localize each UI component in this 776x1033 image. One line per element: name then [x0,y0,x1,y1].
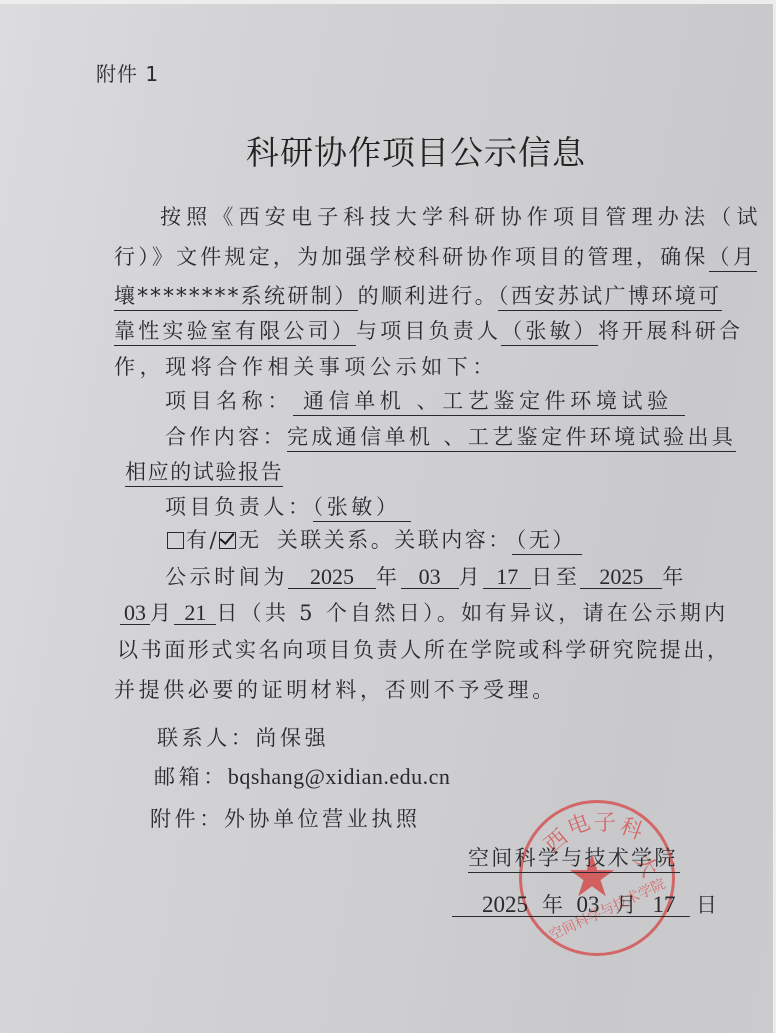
signature-year-unit: 年 [528,895,562,917]
publicity-suffix: 日（共 5 个自然日）。如有异议，请在公示期内 [216,601,728,625]
publicity-line-3: 以书面形式实名向项目负责人所在学院或科学研究院提出， [117,640,731,661]
end-year: 2025 [580,566,662,589]
partner-company-part1: （西安苏试广博环境可 [498,284,722,311]
start-year: 2025 [288,566,376,589]
relation-text: 关联关系。关联内容： [277,528,512,552]
signature-month-unit: 月 [614,895,638,917]
start-month: 03 [401,566,459,589]
signature-year: 2025 [452,893,528,917]
publicity-period-row-2: 03月21日（共 5 个自然日）。如有异议，请在公示期内 [120,602,728,625]
partner-company-part2: 靠性实验室有限公司） [114,319,356,346]
project-leader-value: （张敏） [313,495,411,522]
page-title: 科研协作项目公示信息 [246,136,586,169]
checkbox-no-checked[interactable] [219,532,236,549]
year-unit: 年 [376,565,401,589]
paragraph-line-2: 行）》文件规定，为加强学校科研协作项目的管理，确保（月 [114,247,757,268]
paragraph-line-3: 壤********系统研制）的顺利进行。（西安苏试广博环境可 [114,286,722,307]
signature-date-row: 2025年03月17日 [452,893,719,917]
project-leader-row: 项目负责人：（张敏） [165,497,411,518]
relation-row: 有/无 关联关系。关联内容：（无） [167,530,582,551]
project-name-row: 项目名称：通信单机 、工艺鉴定件环境试验 [165,391,685,412]
attachment-number: 附件 1 [96,64,159,84]
contact-value: 尚保强 [255,726,329,750]
project-leader-inline: （张敏） [501,319,598,346]
signature-day: 17 [638,893,690,917]
contact-label: 联系人： [157,726,255,750]
paragraph-line-3-text: 的顺利进行。 [358,284,498,308]
signature-org: 空间科学与技术学院 [468,846,680,873]
project-name-label: 项目名称： [165,389,293,413]
option-yes-label: 有 [186,528,210,552]
month-unit: 月 [459,565,484,589]
cooperation-content-row: 合作内容：完成通信单机 、工艺鉴定件环境试验出具 [165,427,736,448]
publicity-prefix: 公示时间为 [165,565,288,589]
end-year-unit: 年 [662,565,687,589]
email-row: 邮箱：bqshang@xidian.edu.cn [154,766,450,788]
paragraph-line-5: 作，现将合作相关事项公示如下： [114,357,498,378]
cooperation-content-continued: 相应的试验报告 [125,462,283,483]
option-no-label: 无 [238,528,262,552]
paragraph-line-2-text: 行）》文件规定，为加强学校科研协作项目的管理，确保 [114,245,709,269]
contact-row: 联系人：尚保强 [157,728,329,749]
paragraph-line-4: 靠性实验室有限公司）与项目负责人（张敏）将开展科研合 [114,321,743,342]
email-label: 邮箱： [154,765,228,789]
signature-day-unit: 日 [696,893,719,917]
cooperation-content-value-1: 完成通信单机 、工艺鉴定件环境试验出具 [287,425,736,452]
end-month: 03 [120,602,150,625]
signature-month: 03 [562,893,614,917]
paragraph-line-4-end: 将开展科研合 [598,319,743,343]
cooperation-content-value-2: 相应的试验报告 [125,460,283,487]
seal-char: 电 [565,812,593,840]
official-seal: 西 电 子 科 大 ★ 空间科学与技术学院 [519,800,675,956]
publicity-period-row-1: 公示时间为2025年03月17日至2025年 [165,566,687,589]
attachment-value: 外协单位营业执照 [224,807,421,831]
paragraph-line-1: 按照《西安电子科技大学科研协作项目管理办法（试 [160,207,763,228]
end-month-unit: 月 [150,601,174,625]
cooperation-content-label: 合作内容： [165,425,287,449]
checkbox-yes[interactable] [167,532,184,549]
project-reference-part1: （月 [709,245,757,272]
seal-char: 科 [617,816,645,844]
attachment-label: 附件： [150,807,224,831]
seal-char: 子 [594,813,616,835]
email-value[interactable]: bqshang@xidian.edu.cn [228,764,451,789]
page-edge-top [0,0,776,4]
signature-org-row: 空间科学与技术学院 [468,848,680,869]
end-day: 21 [174,602,216,625]
attachment-row: 附件：外协单位营业执照 [150,809,421,830]
paragraph-line-4-text: 与项目负责人 [356,319,501,343]
project-name-value: 通信单机 、工艺鉴定件环境试验 [293,389,685,416]
relation-value: （无） [512,528,582,555]
project-reference-part2: 壤********系统研制） [114,284,358,311]
day-to: 日至 [531,565,580,589]
publicity-line-4: 并提供必要的证明材料，否则不予受理。 [114,680,557,701]
start-day: 17 [483,566,531,589]
project-leader-label: 项目负责人： [165,495,313,519]
option-separator: / [210,528,220,552]
